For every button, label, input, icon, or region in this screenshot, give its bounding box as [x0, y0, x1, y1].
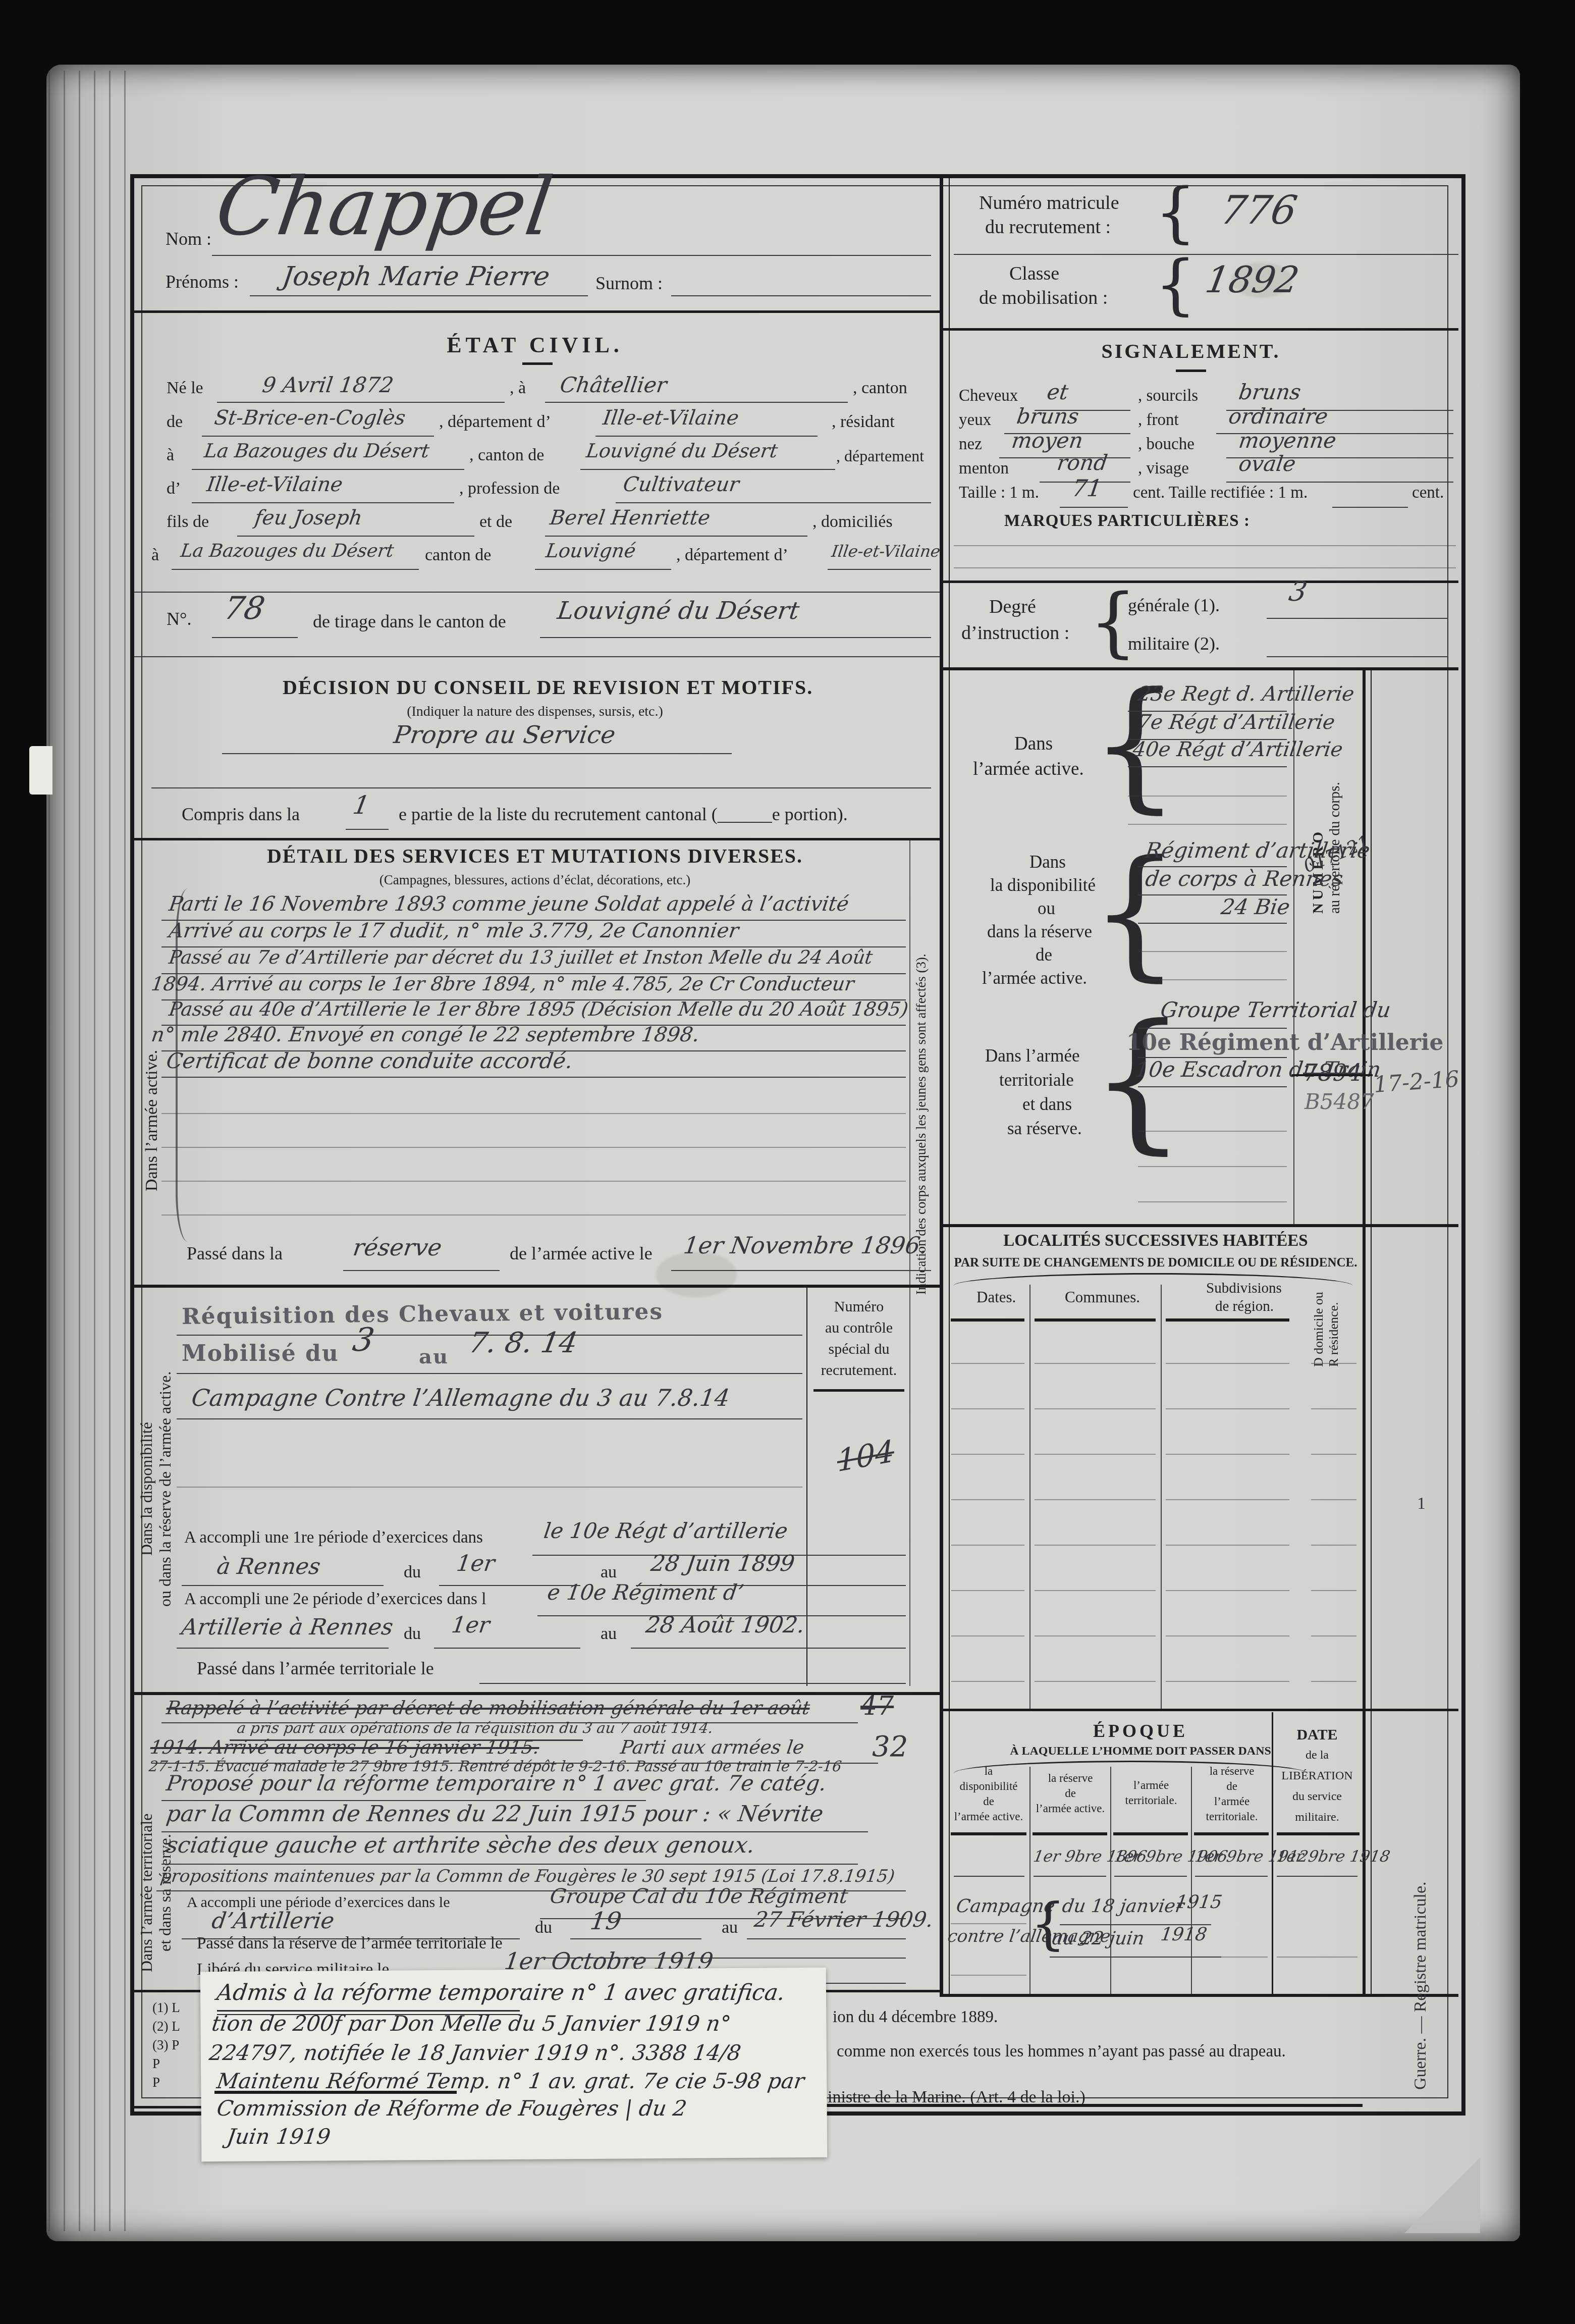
- propose-reforme-line: Proposé pour la réforme temporaire n° 1 …: [165, 1771, 828, 1795]
- service-line: Parti le 16 Novembre 1893 comme jeune So…: [168, 892, 850, 916]
- taille-cent-label: cent.: [1412, 484, 1444, 502]
- footnote-4: P: [152, 2056, 160, 2072]
- periode3-au: au: [722, 1918, 738, 1937]
- ec-label: , département d’: [676, 546, 788, 565]
- passe-reserve-label-c: de l’armée active le: [510, 1243, 653, 1264]
- matricule-label-2: du recrutement :: [985, 216, 1111, 238]
- passe-reserve-label-a: Passé dans la: [187, 1243, 283, 1264]
- parti-armees-line: Parti aux armées le: [619, 1736, 805, 1758]
- epoque-col-label: l’armée active.: [948, 1810, 1029, 1823]
- epoque-col-label: de: [948, 1795, 1029, 1808]
- ec-value: Ille-et-Vilaine: [602, 406, 740, 430]
- sig-label: , sourcils: [1138, 387, 1198, 405]
- corps-terr-label: sa réserve.: [1007, 1119, 1082, 1139]
- service-line: n° mle 2840. Envoyé en congé le 22 septe…: [150, 1023, 701, 1046]
- ec-label: , domiciliés: [812, 512, 893, 532]
- epoque-title: ÉPOQUE: [999, 1720, 1282, 1741]
- ec-value: La Bazouges du Désert: [203, 440, 431, 462]
- periode1-au: au: [601, 1563, 617, 1582]
- ec-label: à: [151, 546, 159, 565]
- epoque-col-label: la réserve: [1030, 1772, 1110, 1785]
- sig-value: et: [1046, 380, 1070, 404]
- etat-civil-title: ÉTAT CIVIL.: [358, 332, 712, 358]
- passe-reserve-value-b: réserve: [351, 1234, 444, 1261]
- taille-label: Taille : 1 m.: [959, 484, 1039, 502]
- corps-terr-label: Dans l’armée: [985, 1046, 1080, 1066]
- page-corner-fold: [1404, 2157, 1480, 2233]
- book-page-edges: [48, 71, 133, 2231]
- prenoms-label: Prénoms :: [166, 271, 239, 292]
- epoque-value: 1er 9bre 1918: [1275, 1847, 1392, 1866]
- epoque-col-label: l’armée: [1192, 1795, 1272, 1808]
- periode2-corps: e 10e Régiment d’: [546, 1580, 746, 1605]
- passe-territoriale-label: Passé dans l’armée territoriale le: [197, 1658, 434, 1679]
- ec-label: d’: [167, 479, 181, 498]
- ec-label: et de: [479, 512, 512, 532]
- service-line: Certificat de bonne conduite accordé.: [165, 1048, 574, 1073]
- corps-dispo-entry: 24 Bie: [1220, 894, 1292, 919]
- column-divider: [940, 174, 943, 1996]
- guerre-registre-margin: Guerre. — Registre matricule.: [1411, 1514, 1430, 2090]
- arrivee-corps-line: 1914. Arrivé au corps le 16 janvier 1915…: [149, 1736, 541, 1758]
- degre-militaire-label: militaire (2).: [1128, 633, 1220, 654]
- epoque-campagne-du-annee: 1915: [1174, 1892, 1223, 1913]
- epoque-col-label: la réserve: [1192, 1765, 1272, 1778]
- indication-sidebar-label: Indication des corps auxquels les jeunes…: [913, 835, 929, 1295]
- epoque-col-label: de: [1192, 1780, 1272, 1793]
- epoque-col-label: l’armée: [1111, 1779, 1191, 1792]
- taille-value: 71: [1070, 474, 1104, 502]
- passe-reserve-value-d: 1er Novembre 1896.: [682, 1232, 929, 1259]
- epoque-date-label: du service: [1273, 1790, 1362, 1804]
- classe-label-1: Classe: [1009, 262, 1059, 285]
- scanned-military-register-page: Nom : Chappel Prénoms : Joseph Marie Pie…: [0, 0, 1575, 2324]
- epoque-subtitle: À LAQUELLE L’HOMME DOIT PASSER DANS: [954, 1745, 1327, 1758]
- periode1-label: A accompli une 1re période d’exercices d…: [184, 1528, 483, 1547]
- periode2-au: au: [601, 1624, 617, 1644]
- ec-value: 9 Avril 1872: [261, 373, 395, 397]
- marques-label: MARQUES PARTICULIÈRES :: [1004, 512, 1250, 531]
- mobilise-stamp: Mobilisé du: [182, 1341, 339, 1366]
- corps-terr-entry-1: Groupe Territorial du: [1159, 997, 1393, 1022]
- localites-col-communes: Communes.: [1065, 1288, 1140, 1306]
- slip-line-4: Maintenu Réformé Temp. n° 1 av. grat. 7e…: [215, 2069, 806, 2093]
- epoque-date-label: militaire.: [1273, 1811, 1362, 1824]
- sig-value: moyenne: [1237, 428, 1338, 453]
- sig-value: ordinaire: [1227, 404, 1330, 429]
- epoque-col-label: disponibilité: [948, 1780, 1029, 1793]
- corps-terr-stamp: 10e Régiment d’Artillerie: [1126, 1030, 1444, 1055]
- corps-terr-label: et dans: [1022, 1094, 1072, 1115]
- localites-dr-sidebar: D domicile ouR résidence.: [1311, 1226, 1341, 1367]
- corps-dispo-label: ou: [1038, 899, 1055, 919]
- localites-col-dates: Dates.: [976, 1288, 1016, 1306]
- slip-line-2: tion de 200f par Don Melle du 5 Janvier …: [210, 2011, 733, 2036]
- ec-label: de: [167, 412, 183, 432]
- requisition-stamp: Réquisition des Chevaux et voitures: [182, 1299, 664, 1330]
- rappele-line: Rappelé à l’activité par décret de mobil…: [165, 1697, 811, 1719]
- slip-line-1: Admis à la réforme temporaire n° 1 avec …: [215, 1980, 787, 2005]
- epoque-campagne-du: du 18 janvier: [1061, 1896, 1185, 1917]
- sig-label: Cheveux: [959, 387, 1018, 405]
- slip-line-6: Juin 1919: [226, 2124, 332, 2149]
- corps-terr-label: territoriale: [999, 1070, 1074, 1090]
- decision-subtitle: (Indiquer la nature des dispenses, sursi…: [308, 704, 762, 720]
- epoque-campagne-au: au 22 juin: [1051, 1928, 1146, 1949]
- ec-label: , à: [510, 379, 526, 398]
- disponibilite-sidebar-label: Dans la disponibilitéou dans la réserve …: [137, 1292, 175, 1686]
- periode2-lieu: Artillerie à Rennes: [180, 1614, 395, 1640]
- column-divider-thin: [949, 174, 950, 1996]
- ec-label: canton de: [425, 546, 491, 565]
- epoque-date-label: de la: [1273, 1749, 1362, 1762]
- periode2-debut: 1er: [450, 1612, 491, 1638]
- ec-value: Ille-et-Vilaine: [205, 473, 344, 496]
- page-number: 1: [1417, 1494, 1426, 1513]
- corps-terr-number-pencil: B5487: [1305, 1089, 1374, 1114]
- footnote-5: P: [152, 2075, 160, 2090]
- periode1-corps: le 10e Régt d’artillerie: [542, 1518, 790, 1543]
- prenoms-value: Joseph Marie Pierre: [281, 261, 552, 292]
- sig-value: bruns: [1015, 404, 1081, 429]
- epoque-col-label: territoriale.: [1192, 1810, 1272, 1823]
- controle-header-1: Numéro: [810, 1298, 907, 1315]
- sig-label: nez: [959, 435, 982, 454]
- ec-label: , résidant: [832, 412, 895, 432]
- taille-rectifiee-label: cent. Taille rectifiée : 1 m.: [1133, 484, 1308, 502]
- periode2-fin: 28 Août 1902.: [644, 1612, 806, 1638]
- margin-number-32: 32: [872, 1730, 908, 1763]
- sig-value: ovale: [1237, 451, 1297, 476]
- decision-title: DÉCISION DU CONSEIL DE REVISION ET MOTIF…: [283, 675, 787, 699]
- sig-value: rond: [1056, 450, 1109, 475]
- tirage-mid-label: de tirage dans le canton de: [313, 611, 506, 632]
- footnote-decret-1889: ion du 4 décembre 1889.: [833, 2008, 998, 2027]
- sig-value: moyen: [1010, 428, 1085, 453]
- localites-col-subdiv-1: Subdivisions: [1206, 1280, 1282, 1297]
- corps-dispo-label: Dans: [1029, 852, 1066, 872]
- footnote-non-exerces: comme non exercés tous les hommes n’ayan…: [837, 2042, 1286, 2061]
- controle-header-4: recrutement.: [810, 1362, 907, 1379]
- corps-dispo-label: la disponibilité: [990, 875, 1096, 895]
- ec-label: , département: [836, 447, 924, 465]
- periode3-lieu: d’Artillerie: [210, 1908, 336, 1934]
- slip-line-3: 224797, notifiée le 18 Janvier 1919 n°. …: [208, 2040, 743, 2065]
- services-title: DÉTAIL DES SERVICES ET MUTATIONS DIVERSE…: [232, 844, 838, 868]
- side-tab: [29, 746, 52, 795]
- ec-value: La Bazouges du Désert: [179, 541, 395, 561]
- classe-label-2: de mobilisation :: [979, 287, 1108, 309]
- mobilise-au: au: [419, 1345, 449, 1368]
- epoque-col-label: la: [948, 1765, 1029, 1778]
- compris-label-b: e partie de la liste du recrutement cant…: [399, 804, 848, 825]
- sig-label: , bouche: [1138, 435, 1194, 454]
- matricule-value: 776: [1217, 188, 1300, 233]
- ec-label: , profession de: [459, 479, 560, 498]
- tirage-no-label: N°.: [167, 608, 191, 629]
- propositions-maintenues-line: propositions maintenues par la Commn de …: [159, 1866, 896, 1886]
- periode1-du: du: [404, 1563, 421, 1582]
- epoque-date-label: DATE: [1273, 1726, 1362, 1744]
- periode3-debut: 19: [588, 1907, 623, 1935]
- corps-active-label-1: Dans: [1014, 733, 1053, 755]
- corps-dispo-label: dans la réserve: [987, 922, 1092, 942]
- service-line: Arrivé au corps le 17 dudit, n° mle 3.77…: [168, 919, 740, 942]
- corps-active-entry: 40e Régt d’Artillerie: [1131, 738, 1344, 761]
- ec-label: , canton de: [469, 446, 544, 465]
- epoque-campagne-au-annee: 1918: [1159, 1924, 1208, 1945]
- epoque-col-label: l’armée active.: [1030, 1802, 1110, 1815]
- epoque-date-label: LIBÉRATION: [1273, 1769, 1362, 1783]
- sig-label: , visage: [1138, 459, 1189, 478]
- footnote-3: (3) P: [152, 2037, 179, 2053]
- service-line: Passé au 7e d’Artillerie par décret du 1…: [168, 946, 874, 968]
- degre-label-2: d’instruction :: [961, 622, 1069, 644]
- ec-label: fils de: [167, 512, 209, 532]
- nom-value: Chappel: [210, 161, 558, 253]
- periode1-lieu: à Rennes: [215, 1554, 322, 1579]
- slip-line-5: Commission de Réforme de Fougères | du 2: [215, 2096, 688, 2121]
- sig-label: yeux: [959, 411, 991, 430]
- periode1-fin: 28 Juin 1899: [649, 1551, 796, 1576]
- nom-label: Nom :: [166, 228, 211, 249]
- sig-label: menton: [959, 459, 1009, 478]
- ec-value: Berel Henriette: [549, 506, 712, 530]
- footnote-2: (2) L: [152, 2019, 180, 2034]
- classe-value: 1892: [1203, 258, 1302, 301]
- corps-active-entry: 7e Régt d’Artillerie: [1136, 711, 1337, 734]
- ec-value: Châtellier: [559, 373, 669, 397]
- matricule-label-1: Numéro matricule: [979, 192, 1119, 214]
- controle-header-2: au contrôle: [810, 1319, 907, 1337]
- ec-value: Louvigné: [545, 540, 637, 562]
- corps-dispo-label: de: [1036, 945, 1052, 965]
- surnom-label: Surnom :: [595, 273, 663, 294]
- brace: {: [1155, 179, 1197, 245]
- localites-subtitle: PAR SUITE DE CHANGEMENTS DE DOMICILE OU …: [949, 1256, 1363, 1270]
- margin-number-47: 47: [860, 1691, 894, 1721]
- periode3-fin: 27 Février 1909.: [753, 1907, 935, 1932]
- sig-value: bruns: [1237, 380, 1303, 404]
- compris-label-a: Compris dans la: [182, 804, 300, 825]
- localites-title: LOCALITÉS SUCCESSIVES HABITÉES: [959, 1232, 1352, 1250]
- campagne-allemagne-line: Campagne Contre l’Allemagne du 3 au 7.8.…: [190, 1384, 731, 1411]
- controle-header-3: spécial du: [810, 1341, 907, 1358]
- brace: {: [1155, 251, 1197, 317]
- tirage-value: 78: [222, 590, 268, 626]
- ec-value: Cultivateur: [622, 473, 741, 496]
- degre-generale-label: générale (1).: [1128, 595, 1220, 616]
- ec-value: feu Joseph: [253, 506, 364, 530]
- sig-label: , front: [1138, 411, 1179, 430]
- corps-active-entry: 23e Regt d. Artillerie: [1136, 682, 1356, 706]
- periode3-du: du: [535, 1918, 552, 1937]
- tirage-canton: Louvigné du Désert: [556, 597, 801, 625]
- ec-label: à: [167, 446, 174, 465]
- periode2-du: du: [404, 1624, 421, 1644]
- periode3-corps: Groupe Cal du 10e Régiment: [549, 1885, 849, 1908]
- corps-active-label-2: l’armée active.: [973, 758, 1084, 780]
- epoque-col-label: de: [1030, 1787, 1110, 1800]
- corps-terr-number-struck: 7894: [1303, 1059, 1362, 1086]
- service-line: 1894. Arrivé au corps le 1er 8bre 1894, …: [150, 973, 855, 995]
- ec-value: Ille-et-Vilaine: [830, 542, 941, 561]
- sciatique-line: sciatique gauche et arthrite sèche des d…: [165, 1832, 756, 1858]
- ec-label: Né le: [167, 379, 203, 398]
- ec-label: , département d’: [439, 412, 551, 432]
- periode1-debut: 1er: [455, 1551, 496, 1576]
- epoque-col-label: territoriale.: [1111, 1794, 1191, 1807]
- footnote-1: (1) L: [152, 2000, 180, 2016]
- ec-value: St-Brice-en-Coglès: [213, 406, 407, 430]
- ec-label: , canton: [853, 379, 907, 398]
- ec-value: Louvigné du Désert: [585, 440, 779, 462]
- degre-label-1: Degré: [989, 596, 1036, 618]
- mobilise-date-to: 7. 8. 14: [466, 1327, 580, 1359]
- brace: {: [1090, 842, 1180, 983]
- localites-col-subdiv-2: de région.: [1215, 1298, 1274, 1315]
- signalement-title: SIGNALEMENT.: [989, 339, 1393, 363]
- periode2-label: A accompli une 2e période d’exercices da…: [184, 1590, 486, 1609]
- corps-dispo-label: l’armée active.: [982, 968, 1087, 988]
- decision-value: Propre au Service: [301, 721, 709, 749]
- requisition-operations-line: a pris part aux opérations de la réquisi…: [236, 1719, 715, 1736]
- services-subtitle: (Campagnes, blessures, actions d’éclat, …: [283, 872, 787, 888]
- service-line: Passé au 40e d’Artillerie le 1er 8bre 18…: [168, 998, 910, 1020]
- commission-rennes-line: par la Commn de Rennes du 22 Juin 1915 p…: [165, 1801, 825, 1827]
- passe-reserve-territoriale-label: Passé dans la réserve de l’armée territo…: [197, 1934, 503, 1953]
